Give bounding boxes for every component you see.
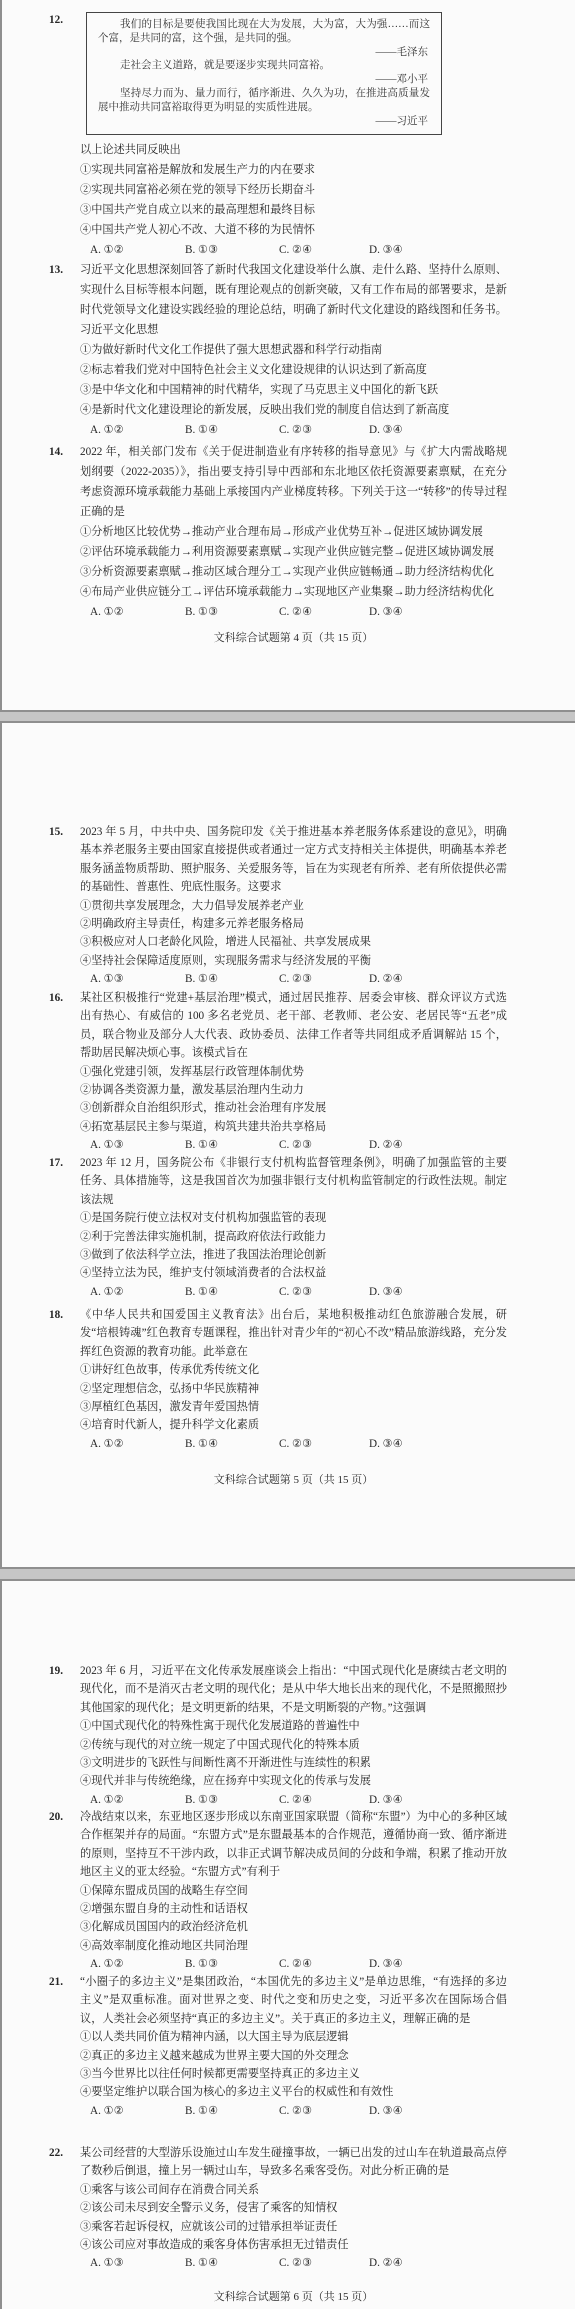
- question-item: ③中国共产党自成立以来的最高理想和最终目标: [80, 200, 507, 220]
- question-item: ②协调各类资源力量，激发基层治理内生动力: [80, 1081, 507, 1099]
- option-c: C. ②③: [279, 970, 369, 988]
- page-footer: 文科综合试题第 5 页（共 15 页）: [80, 1471, 507, 1487]
- question-item: ③积极应对人口老龄化风险，增进人民福祉、共享发展成果: [80, 933, 507, 951]
- question-stem: 习近平文化思想深刻回答了新时代我国文化建设举什么旗、走什么路、坚持什么原则、实现…: [80, 260, 507, 340]
- question-item: ④培育时代新人，提升科学文化素质: [80, 1416, 507, 1434]
- quote-text: 我们的目标是要使我国比现在大为发展，大为富，大为强……而这个富，是共同的富，这个…: [98, 18, 430, 46]
- question-stem: 2023 年 12 月，国务院公布《非银行支付机构监督管理条例》，明确了加强监管…: [80, 1154, 507, 1209]
- question-item: ①是国务院行使立法权对支付机构加强监管的表现: [80, 1209, 507, 1227]
- option-b: B. ①④: [185, 970, 279, 988]
- options-row: A. ①③B. ①④C. ②③D. ②④: [80, 970, 507, 988]
- option-b: B. ①③: [185, 240, 279, 260]
- option-a: A. ①②: [90, 240, 185, 260]
- question-item: ①讲好红色故事，传承优秀传统文化: [80, 1361, 507, 1379]
- question-item: ③创新群众自治组织形式，推动社会治理有序发展: [80, 1099, 507, 1117]
- question-number: 16.: [49, 989, 79, 1007]
- question-20: 20.冷战结束以来，东亚地区逐步形成以东南亚国家联盟（简称“东盟”）为中心的多种…: [80, 1808, 507, 1974]
- question-item: ④该公司应对事故造成的乘客身体伤害承担无过错责任: [80, 2236, 507, 2254]
- option-c: C. ②④: [279, 602, 369, 622]
- option-c: C. ②④: [279, 240, 369, 260]
- question-item: ①为做好新时代文化工作提供了强大思想武器和科学行动指南: [80, 340, 507, 360]
- question-item: ③分析资源要素禀赋→推动区域合理分工→实现产业供应链畅通→助力经济结构优化: [80, 562, 507, 582]
- option-d: D. ③④: [369, 240, 507, 260]
- question-item: ②标志着我们党对中国特色社会主义文化建设规律的认识达到了新高度: [80, 360, 507, 380]
- question-item: ③厚植红色基因，激发青年爱国热情: [80, 1398, 507, 1416]
- option-d: D. ②④: [369, 970, 507, 988]
- option-c: C. ②③: [279, 1283, 369, 1301]
- page-footer: 文科综合试题第 6 页（共 15 页）: [80, 2288, 507, 2304]
- question-12: 12.我们的目标是要使我国比现在大为发展，大为富，大为强……而这个富，是共同的富…: [80, 10, 507, 260]
- question-item: ①乘客与该公司间存在消费合同关系: [80, 2181, 507, 2199]
- options-row: A. ①③B. ①④C. ②③D. ②④: [80, 1136, 507, 1154]
- question-22: 22.某公司经营的大型游乐设施过山车发生碰撞事故，一辆已出发的过山车在轨道最高点…: [80, 2144, 507, 2273]
- question-number: 14.: [49, 442, 79, 462]
- option-a: A. ①②: [90, 2102, 185, 2120]
- options-row: A. ①②B. ①③C. ②④D. ③④: [80, 1791, 507, 1809]
- option-c: C. ②③: [279, 1136, 369, 1154]
- question-13: 13.习近平文化思想深刻回答了新时代我国文化建设举什么旗、走什么路、坚持什么原则…: [80, 260, 507, 440]
- question-item: ③文明进步的飞跃性与间断性离不开渐进性与连续性的积累: [80, 1754, 507, 1772]
- question-item: ①保障东盟成员国的战略生存空间: [80, 1882, 507, 1900]
- question-21: 21.“小圈子的多边主义”是集团政治，“本国优先的多边主义”是单边思维，“有选择…: [80, 1973, 507, 2120]
- option-b: B. ①④: [185, 420, 279, 440]
- question-stem: 以上论述共同反映出: [80, 140, 507, 160]
- question-item: ④布局产业供应链分工→评估环境承载能力→实现地区产业集聚→助力经济结构优化: [80, 582, 507, 602]
- question-item: ②增强东盟自身的主动性和话语权: [80, 1900, 507, 1918]
- question-item: ②实现共同富裕必须在党的领导下经历长期奋斗: [80, 180, 507, 200]
- question-item: ③乘客若起诉侵权，应就该公司的过错承担举证责任: [80, 2218, 507, 2236]
- quote-box: 我们的目标是要使我国比现在大为发展，大为富，大为强……而这个富，是共同的富，这个…: [86, 12, 442, 135]
- exam-page-5: 15.2023 年 5 月，中共中央、国务院印发《关于推进基本养老服务体系建设的…: [0, 721, 575, 1569]
- question-stem: 冷战结束以来，东亚地区逐步形成以东南亚国家联盟（简称“东盟”）为中心的多种区域合…: [80, 1808, 507, 1882]
- option-d: D. ②④: [369, 1136, 507, 1154]
- option-d: D. ③④: [369, 2102, 507, 2120]
- options-row: A. ①②B. ①③C. ②④D. ③④: [80, 602, 507, 622]
- question-stem: 2023 年 5 月，中共中央、国务院印发《关于推进基本养老服务体系建设的意见》…: [80, 823, 507, 897]
- option-c: C. ②③: [279, 420, 369, 440]
- option-a: A. ①②: [90, 602, 185, 622]
- option-c: C. ②③: [279, 2102, 369, 2120]
- option-d: D. ②④: [369, 2254, 507, 2272]
- options-row: A. ①②B. ①④C. ②③D. ③④: [80, 420, 507, 440]
- question-number: 20.: [49, 1808, 79, 1826]
- option-a: A. ①②: [90, 1955, 185, 1973]
- option-d: D. ③④: [369, 1435, 507, 1453]
- option-b: B. ①④: [185, 2254, 279, 2272]
- question-item: ②真正的多边主义越来越成为世界主要大国的外交理念: [80, 2047, 507, 2065]
- options-row: A. ①②B. ①④C. ②③D. ③④: [80, 2102, 507, 2120]
- question-item: ④中国共产党人初心不改、大道不移的为民情怀: [80, 220, 507, 240]
- page-footer: 文科综合试题第 4 页（共 15 页）: [80, 629, 507, 645]
- question-stem: 《中华人民共和国爱国主义教育法》出台后，某地积极推动红色旅游融合发展，研发“培根…: [80, 1306, 507, 1361]
- question-number: 18.: [49, 1306, 79, 1324]
- question-stem: 某社区积极推行“党建+基层治理”模式，通过居民推荐、居委会审核、群众评议方式选出…: [80, 989, 507, 1063]
- option-d: D. ③④: [369, 420, 507, 440]
- exam-page-4: 12.我们的目标是要使我国比现在大为发展，大为富，大为强……而这个富，是共同的富…: [0, 0, 575, 712]
- option-d: D. ③④: [369, 1955, 507, 1973]
- question-item: ④高效率制度化推动地区共同治理: [80, 1937, 507, 1955]
- options-row: A. ①②B. ①④C. ②③D. ③④: [80, 1283, 507, 1301]
- option-a: A. ①②: [90, 1791, 185, 1809]
- question-16: 16.某社区积极推行“党建+基层治理”模式，通过居民推荐、居委会审核、群众评议方…: [80, 989, 507, 1155]
- option-b: B. ①④: [185, 2102, 279, 2120]
- option-d: D. ③④: [369, 1791, 507, 1809]
- question-stem: “小圈子的多边主义”是集团政治，“本国优先的多边主义”是单边思维，“有选择的多边…: [80, 1973, 507, 2028]
- options-row: A. ①②B. ①④C. ②③D. ③④: [80, 1435, 507, 1453]
- question-item: ④坚持立法为民，维护支付领域消费者的合法权益: [80, 1264, 507, 1282]
- option-a: A. ①②: [90, 1435, 185, 1453]
- question-item: ④拓宽基层民主参与渠道，构筑共建共治共享格局: [80, 1118, 507, 1136]
- option-c: C. ②④: [279, 1791, 369, 1809]
- option-a: A. ①②: [90, 420, 185, 440]
- question-item: ①实现共同富裕是解放和发展生产力的内在要求: [80, 160, 507, 180]
- question-number: 13.: [49, 260, 79, 280]
- option-b: B. ①④: [185, 1435, 279, 1453]
- question-item: ④要坚定维护以联合国为核心的多边主义平台的权威性和有效性: [80, 2083, 507, 2101]
- question-item: ②评估环境承载能力→利用资源要素禀赋→实现产业供应链完整→促进区域协调发展: [80, 542, 507, 562]
- option-a: A. ①②: [90, 1283, 185, 1301]
- question-item: ①贯彻共享发展理念，大力倡导发展养老产业: [80, 897, 507, 915]
- question-item: ②传统与现代的对立统一规定了中国式现代化的特殊本质: [80, 1736, 507, 1754]
- option-c: C. ②③: [279, 2254, 369, 2272]
- option-d: D. ③④: [369, 1283, 507, 1301]
- question-18: 18.《中华人民共和国爱国主义教育法》出台后，某地积极推动红色旅游融合发展，研发…: [80, 1306, 507, 1453]
- options-row: A. ①②B. ①③C. ②④D. ③④: [80, 240, 507, 260]
- question-item: ③当今世界比以往任何时候都更需要坚持真正的多边主义: [80, 2065, 507, 2083]
- question-item: ③做到了依法科学立法，推进了我国法治理论创新: [80, 1246, 507, 1264]
- options-row: A. ①③B. ①④C. ②③D. ②④: [80, 2254, 507, 2272]
- option-d: D. ③④: [369, 602, 507, 622]
- question-number: 22.: [49, 2144, 79, 2162]
- question-item: ④是新时代文化建设理论的新发展，反映出我们党的制度自信达到了新高度: [80, 400, 507, 420]
- exam-page-6: 19.2023 年 6 月，习近平在文化传承发展座谈会上指出：“中国式现代化是赓…: [0, 1579, 575, 2309]
- option-a: A. ①③: [90, 970, 185, 988]
- question-number: 21.: [49, 1973, 79, 1991]
- question-item: ④坚持社会保障适度原则，实现服务需求与经济发展的平衡: [80, 952, 507, 970]
- quote-author: ——习近平: [98, 115, 430, 129]
- question-number: 19.: [49, 1662, 79, 1680]
- question-item: ①强化党建引领，发挥基层行政管理体制优势: [80, 1063, 507, 1081]
- quote-text: 坚持尽力而为、量力而行，循序渐进、久久为功，在推进高质量发展中推动共同富裕取得更…: [98, 87, 430, 115]
- option-c: C. ②④: [279, 1955, 369, 1973]
- question-17: 17.2023 年 12 月，国务院公布《非银行支付机构监督管理条例》，明确了加…: [80, 1154, 507, 1301]
- question-item: ③是中华文化和中国精神的时代精华，实现了马克思主义中国化的新飞跃: [80, 380, 507, 400]
- question-stem: 某公司经营的大型游乐设施过山车发生碰撞事故，一辆已出发的过山车在轨道最高点停了数…: [80, 2144, 507, 2181]
- question-item: ①以人类共同价值为精神内涵，以大国主导为底层逻辑: [80, 2028, 507, 2046]
- question-stem: 2022 年，相关部门发布《关于促进制造业有序转移的指导意见》与《扩大内需战略规…: [80, 442, 507, 522]
- option-b: B. ①③: [185, 1955, 279, 1973]
- question-item: ①中国式现代化的特殊性寓于现代化发展道路的普遍性中: [80, 1717, 507, 1735]
- option-c: C. ②③: [279, 1435, 369, 1453]
- options-row: A. ①②B. ①③C. ②④D. ③④: [80, 1955, 507, 1973]
- question-item: ③化解成员国国内的政治经济危机: [80, 1918, 507, 1936]
- quote-text: 走社会主义道路，就是要逐步实现共同富裕。: [98, 59, 430, 73]
- question-item: ②明确政府主导责任，构建多元养老服务格局: [80, 915, 507, 933]
- option-b: B. ①④: [185, 1136, 279, 1154]
- option-b: B. ①③: [185, 602, 279, 622]
- question-number: 15.: [49, 823, 79, 841]
- question-item: ②利于完善法律实施机制，提高政府依法行政能力: [80, 1228, 507, 1246]
- option-a: A. ①③: [90, 1136, 185, 1154]
- question-19: 19.2023 年 6 月，习近平在文化传承发展座谈会上指出：“中国式现代化是赓…: [80, 1662, 507, 1809]
- option-b: B. ①④: [185, 1283, 279, 1301]
- quote-author: ——毛泽东: [98, 46, 430, 60]
- question-item: ④现代并非与传统绝缘，应在扬弃中实现文化的传承与发展: [80, 1772, 507, 1790]
- question-item: ①分析地区比较优势→推动产业合理布局→形成产业优势互补→促进区域协调发展: [80, 522, 507, 542]
- question-number: 17.: [49, 1154, 79, 1172]
- question-item: ②坚定理想信念，弘扬中华民族精神: [80, 1380, 507, 1398]
- quote-author: ——邓小平: [98, 73, 430, 87]
- question-item: ②该公司未尽到安全警示义务，侵害了乘客的知情权: [80, 2199, 507, 2217]
- option-a: A. ①③: [90, 2254, 185, 2272]
- question-15: 15.2023 年 5 月，中共中央、国务院印发《关于推进基本养老服务体系建设的…: [80, 823, 507, 989]
- question-stem: 2023 年 6 月，习近平在文化传承发展座谈会上指出：“中国式现代化是赓续古老…: [80, 1662, 507, 1717]
- option-b: B. ①③: [185, 1791, 279, 1809]
- question-number: 12.: [49, 10, 79, 30]
- question-14: 14.2022 年，相关部门发布《关于促进制造业有序转移的指导意见》与《扩大内需…: [80, 442, 507, 622]
